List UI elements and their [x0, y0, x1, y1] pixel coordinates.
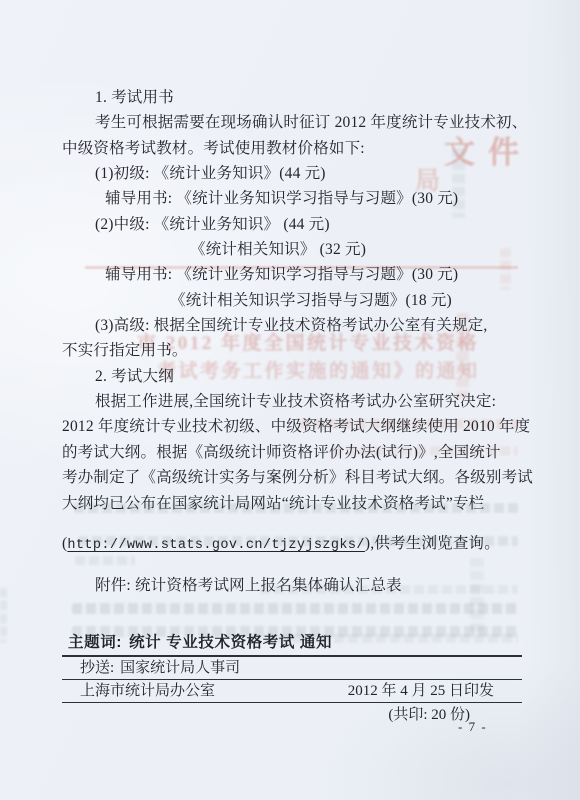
website-url: http://www.stats.gov.cn/tjzyjszgks/ [67, 538, 365, 553]
body-line: 《统计相关知识》 (32 元) [190, 237, 524, 262]
document-footer: 主题词:统计 专业技术资格考试 通知 抄送:国家统计局人事司 上海市统计局办公室… [62, 633, 522, 724]
body-line: 1. 考试用书 [95, 85, 524, 110]
body-line: 不实行指定用书。 [62, 338, 524, 363]
subject-keywords-row: 主题词:统计 专业技术资格考试 通知 [62, 633, 522, 657]
body-line: 2012 年度统计专业技术初级、中级资格考试大纲继续使用 2010 年度 [62, 414, 524, 439]
body-line: 中级资格考试教材。考试使用教材价格如下: [62, 136, 524, 161]
attachment-line: 附件: 统计资格考试网上报名集体确认汇总表 [95, 573, 524, 598]
body-line: 的考试大纲。根据《高级统计师资格评价办法(试行)》,全国统计 [62, 440, 524, 465]
page-number: - 7 - [458, 719, 487, 735]
body-line: (3)高级: 根据全国统计专业技术资格考试办公室有关规定, [95, 313, 524, 338]
issue-date: 2012 年 4 月 25 日印发 [348, 683, 494, 700]
scanned-document-page: 文件 局 市 2012 年度全国统计专业技术资格 考试考务工作实施的通知》的通知… [0, 0, 580, 800]
body-line: 《统计相关知识学习指导与习题》(18 元) [170, 288, 524, 313]
body-line: 辅导用书: 《统计业务知识学习指导与习题》(30 元) [105, 262, 524, 287]
body-line: 考生可根据需要在现场确认时征订 2012 年度统计专业技术初、 [95, 110, 524, 135]
body-line: 大纲均已公布在国家统计局网站“统计专业技术资格考试”专栏 [62, 491, 524, 516]
body-line: (2)中级: 《统计业务知识》 (44 元) [95, 212, 524, 237]
body-line: 考办制定了《高级统计实务与案例分析》科目考试大纲。各级别考试 [62, 465, 524, 490]
bleed-through-smudge [72, 603, 518, 614]
issuing-office: 上海市统计局办公室 [80, 683, 215, 700]
body-line: 辅导用书: 《统计业务知识学习指导与习题》(30 元) [105, 186, 524, 211]
body-line: 2. 考试大纲 [95, 364, 524, 389]
cc-value: 国家统计局人事司 [120, 660, 240, 676]
body-line: (1)初级: 《统计业务知识》(44 元) [95, 161, 524, 186]
scan-edge-smudge [0, 588, 7, 643]
issuer-row: 上海市统计局办公室2012 年 4 月 25 日印发 [62, 680, 522, 703]
cc-row: 抄送:国家统计局人事司 [62, 657, 522, 680]
print-copies: (共印: 20 份) [62, 703, 522, 724]
body-line: 根据工作进展,全国统计专业技术资格考试办公室研究决定: [95, 389, 524, 414]
subject-label: 主题词: [68, 634, 122, 651]
document-body: 1. 考试用书考生可根据需要在现场确认时征订 2012 年度统计专业技术初、中级… [62, 85, 524, 516]
url-line-rest: ),供考生浏览查询。 [365, 535, 500, 552]
url-line: (http://www.stats.gov.cn/tjzyjszgks/),供考… [62, 531, 524, 556]
subject-terms: 统计 专业技术资格考试 通知 [129, 634, 332, 651]
cc-label: 抄送: [80, 660, 114, 676]
